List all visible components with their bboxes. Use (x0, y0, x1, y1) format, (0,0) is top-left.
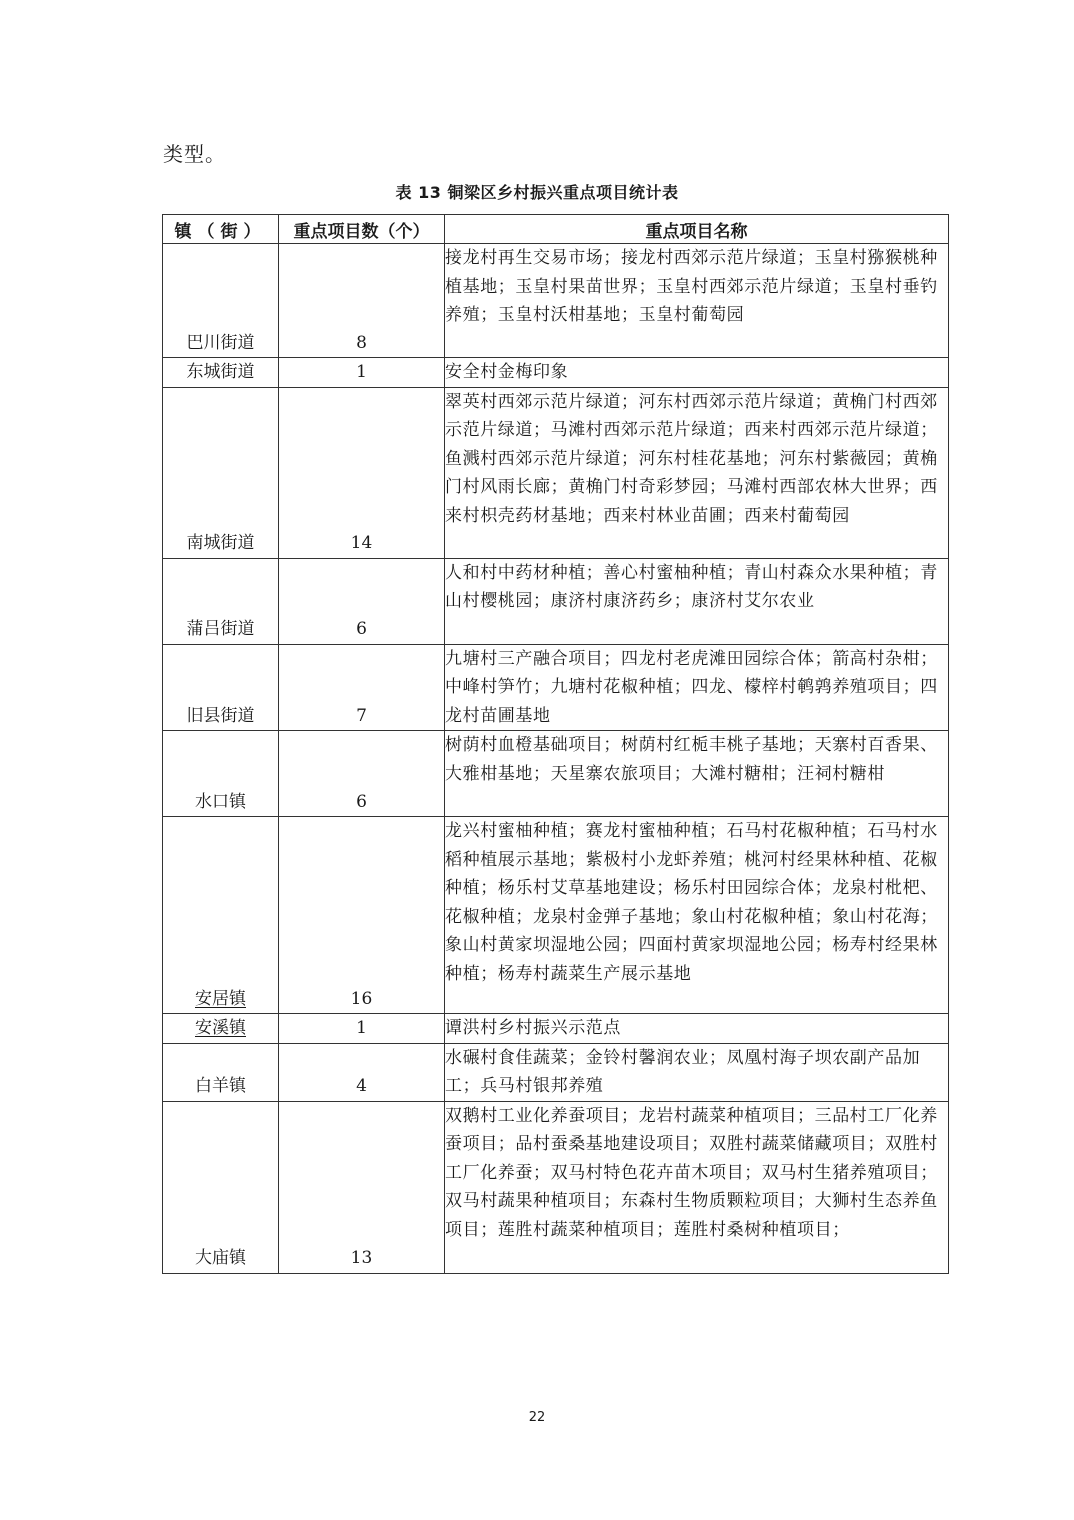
town-cell: 巴川街道 (163, 244, 279, 358)
count-cell: 14 (279, 387, 445, 558)
projects-cell: 水碾村食佳蔬菜；金铃村馨润农业；凤凰村海子坝农副产品加工；兵马村银邦养殖 (445, 1043, 949, 1101)
table-row: 水口镇 6 树荫村血橙基础项目；树荫村红栀丰桃子基地；天寨村百香果、大雅柑基地；… (163, 731, 949, 817)
page-number: 22 (0, 1410, 1074, 1425)
projects-cell: 龙兴村蜜柚种植；赛龙村蜜柚种植；石马村花椒种植；石马村水稻种植展示基地；紫极村小… (445, 817, 949, 1014)
header-projects: 重点项目名称 (445, 215, 949, 244)
projects-table: 镇（街） 重点项目数（个） 重点项目名称 巴川街道 8 接龙村再生交易市场；接龙… (162, 214, 949, 1274)
table-row: 白羊镇 4 水碾村食佳蔬菜；金铃村馨润农业；凤凰村海子坝农副产品加工；兵马村银邦… (163, 1043, 949, 1101)
projects-cell: 九塘村三产融合项目；四龙村老虎滩田园综合体；箭高村杂柑；中峰村笋竹；九塘村花椒种… (445, 644, 949, 731)
town-cell: 大庙镇 (163, 1101, 279, 1273)
count-cell: 1 (279, 1014, 445, 1044)
table-row: 蒲吕街道 6 人和村中药材种植；善心村蜜柚种植；青山村森众水果种植；青山村樱桃园… (163, 558, 949, 644)
projects-cell: 接龙村再生交易市场；接龙村西郊示范片绿道；玉皇村猕猴桃种植基地；玉皇村果苗世界；… (445, 244, 949, 358)
table-row: 安溪镇 1 谭洪村乡村振兴示范点 (163, 1014, 949, 1044)
table-row: 东城街道 1 安全村金梅印象 (163, 358, 949, 388)
town-cell: 蒲吕街道 (163, 558, 279, 644)
count-cell: 16 (279, 817, 445, 1014)
count-cell: 6 (279, 731, 445, 817)
projects-cell: 树荫村血橙基础项目；树荫村红栀丰桃子基地；天寨村百香果、大雅柑基地；天星寨农旅项… (445, 731, 949, 817)
projects-cell: 谭洪村乡村振兴示范点 (445, 1014, 949, 1044)
town-name-underlined: 安溪镇 (195, 1018, 246, 1038)
town-cell: 东城街道 (163, 358, 279, 388)
count-cell: 8 (279, 244, 445, 358)
table-row: 南城街道 14 翠英村西郊示范片绿道；河东村西郊示范片绿道；黄桷门村西郊示范片绿… (163, 387, 949, 558)
town-cell: 南城街道 (163, 387, 279, 558)
projects-cell: 双鹅村工业化养蚕项目；龙岩村蔬菜种植项目；三品村工厂化养蚕项目；品村蚕桑基地建设… (445, 1101, 949, 1273)
count-cell: 7 (279, 644, 445, 731)
header-town: 镇（街） (163, 215, 279, 244)
count-cell: 6 (279, 558, 445, 644)
town-name-underlined: 安居镇 (195, 989, 246, 1009)
count-cell: 1 (279, 358, 445, 388)
town-cell: 白羊镇 (163, 1043, 279, 1101)
projects-cell: 翠英村西郊示范片绿道；河东村西郊示范片绿道；黄桷门村西郊示范片绿道；马滩村西郊示… (445, 387, 949, 558)
town-cell: 安居镇 (163, 817, 279, 1014)
count-cell: 4 (279, 1043, 445, 1101)
projects-cell: 人和村中药材种植；善心村蜜柚种植；青山村森众水果种植；青山村樱桃园；康济村康济药… (445, 558, 949, 644)
projects-cell: 安全村金梅印象 (445, 358, 949, 388)
table-row: 大庙镇 13 双鹅村工业化养蚕项目；龙岩村蔬菜种植项目；三品村工厂化养蚕项目；品… (163, 1101, 949, 1273)
table-row: 安居镇 16 龙兴村蜜柚种植；赛龙村蜜柚种植；石马村花椒种植；石马村水稻种植展示… (163, 817, 949, 1014)
town-cell: 旧县街道 (163, 644, 279, 731)
table-row: 旧县街道 7 九塘村三产融合项目；四龙村老虎滩田园综合体；箭高村杂柑；中峰村笋竹… (163, 644, 949, 731)
header-count: 重点项目数（个） (279, 215, 445, 244)
town-cell: 安溪镇 (163, 1014, 279, 1044)
table-row: 巴川街道 8 接龙村再生交易市场；接龙村西郊示范片绿道；玉皇村猕猴桃种植基地；玉… (163, 244, 949, 358)
town-cell: 水口镇 (163, 731, 279, 817)
count-cell: 13 (279, 1101, 445, 1273)
lead-text: 类型。 (163, 138, 226, 167)
table-header-row: 镇（街） 重点项目数（个） 重点项目名称 (163, 215, 949, 244)
table-caption: 表 13 铜梁区乡村振兴重点项目统计表 (0, 180, 1074, 203)
